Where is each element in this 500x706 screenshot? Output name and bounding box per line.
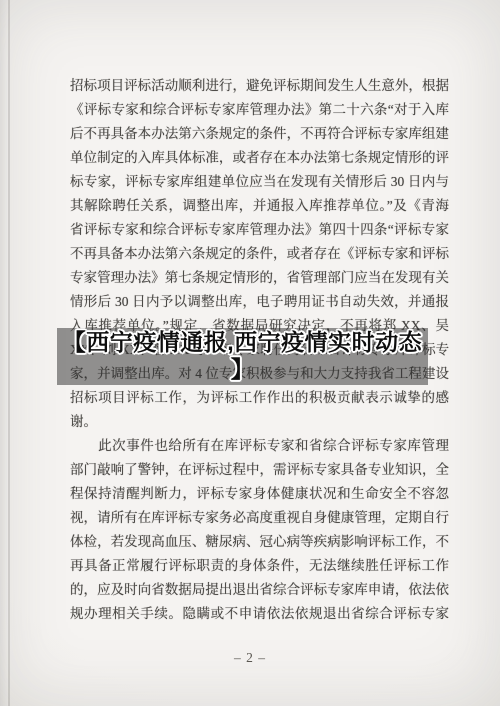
- document-line: 后不再具备本办法第六条规定的条件，不再符合评标专家库组建: [70, 122, 449, 146]
- page-edge-line: [8, 0, 10, 706]
- document-line: 情形后 30 日内予以调整出库，电子聘用证书自动失效，并通报: [70, 290, 449, 314]
- watermark-caption-band: 【西宁疫情通报,西宁疫情实时动态 】: [57, 328, 428, 385]
- document-line: 其解除聘任关系，调整出库，并通报入库推荐单位。”及《青海: [70, 194, 449, 218]
- document-line: 省评标专家和综合评标专家库管理办法》第四十四条“评标专家: [70, 218, 449, 242]
- document-line: 单位制定的入库具体标准，或者存在本办法第七条规定情形的评: [70, 146, 449, 170]
- document-line: 的，应及时向省数据局提出退出省综合评标专家库申请，依法依: [70, 578, 449, 602]
- document-line: 部门敲响了警钟，在评标过程中，需评标专家具备专业知识，全: [70, 458, 449, 482]
- document-line: 《评标专家和综合评标专家库管理办法》第二十六条“对于入库: [70, 98, 449, 122]
- document-line: 不再具备本办法第六条规定的条件，或者存在《评标专家和评标: [70, 242, 449, 266]
- document-line: 谢。: [70, 410, 449, 434]
- watermark-caption-line1: 【西宁疫情通报,西宁疫情实时动态: [57, 329, 428, 355]
- document-line: 程保持清醒判断力，评标专家身体健康状况和生命安全不容忽: [70, 482, 449, 506]
- document-line: 标专家，评标专家库组建单位应当在发现有关情形后 30 日内与: [70, 170, 449, 194]
- document-line: 规办理相关手续。隐瞒或不申请依法依规退出省综合评标专家: [70, 602, 449, 626]
- watermark-caption-line2: 】: [57, 356, 428, 382]
- page-edge-shade: [0, 0, 8, 706]
- document-line: 招标项目评标活动顺利进行，避免评标期间发生人生意外，根据: [70, 74, 449, 98]
- document-line: 再具备正常履行评标职责的身体条件，无法继续胜任评标工作: [70, 554, 449, 578]
- page-number: – 2 –: [0, 650, 500, 666]
- document-line: 体检，若发现高血压、糖尿病、冠心病等疾病影响评标工作，不: [70, 530, 449, 554]
- document-line: 专家管理办法》第七条规定情形的，省管理部门应当在发现有关: [70, 266, 449, 290]
- document-line: 招标项目评标工作，为评标工作作出的积极贡献表示诚挚的感: [70, 386, 449, 410]
- document-photo: 招标项目评标活动顺利进行，避免评标期间发生人生意外，根据 《评标专家和综合评标专…: [0, 0, 500, 706]
- document-line: 此次事件也给所有在库评标专家和省综合评标专家库管理: [70, 434, 449, 458]
- document-line: 视，请所有在库评标专家务必高度重视自身健康管理，定期自行: [70, 506, 449, 530]
